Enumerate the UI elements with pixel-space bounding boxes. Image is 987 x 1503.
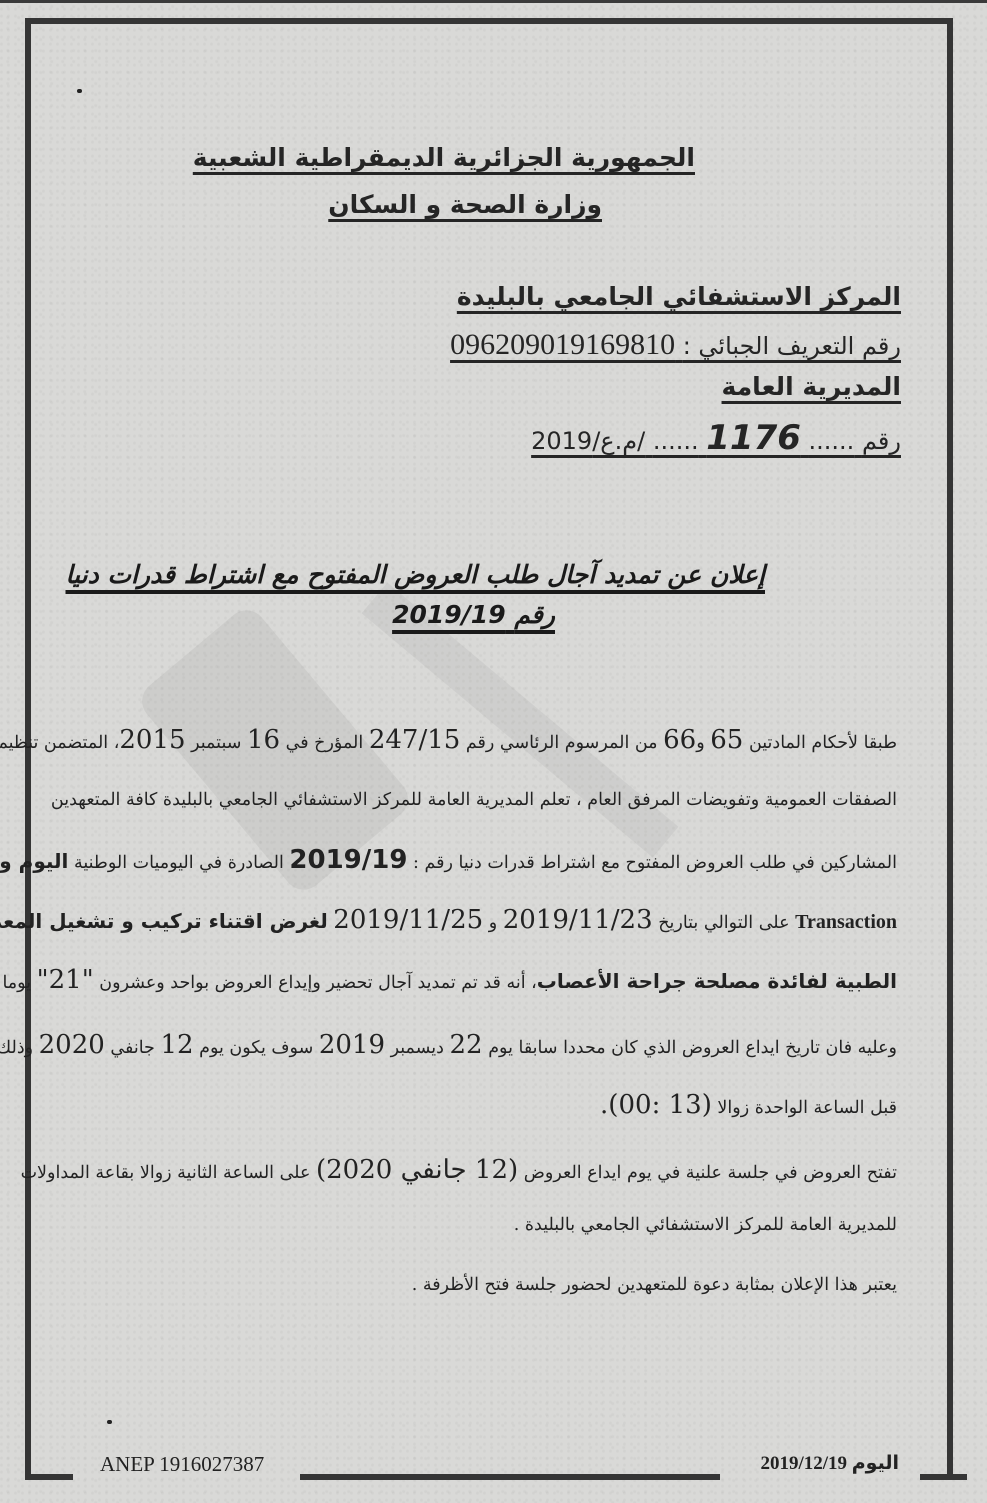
text: وذلك — [0, 1038, 33, 1058]
deadline-time: (13 :00). — [600, 1090, 712, 1120]
reference-number-handwritten: 1176 — [706, 418, 801, 458]
reference-suffix: /م.ع/2019 — [531, 427, 645, 455]
text: و — [696, 733, 704, 753]
frame-bottom-left — [25, 1474, 73, 1480]
text: جانفي — [110, 1038, 154, 1058]
text: على الساعة الثانية زوالا بقاعة المداولات — [21, 1163, 311, 1183]
old-deadline-day: 22 — [450, 1030, 483, 1060]
text: وعليه فان تاريخ ايداع العروض الذي كان مح… — [488, 1038, 897, 1058]
text: الصادرة في اليوميات الوطنية — [74, 853, 284, 873]
frame-bottom-right — [920, 1474, 967, 1480]
body-line-6: وعليه فان تاريخ ايداع العروض الذي كان مح… — [97, 1030, 897, 1060]
text: المشاركين في طلب العروض المفتوح مع اشترا… — [413, 853, 897, 873]
body-line-7: قبل الساعة الواحدة زوالا (13 :00). — [97, 1090, 897, 1120]
ink-speck — [107, 1420, 112, 1424]
text: لغرض اقتناء تركيب و تشغيل المعدات — [0, 909, 328, 933]
tax-id-value: 096209019169810 — [450, 328, 675, 361]
body-line-8: تفتح العروض في جلسة علنية في يوم ايداع ا… — [129, 1155, 897, 1185]
reference-label: رقم — [862, 427, 901, 455]
text: ، أنه قد تم تمديد آجال تحضير وإيداع العر… — [99, 973, 537, 993]
frame-bottom-middle — [300, 1474, 720, 1480]
body-line-2: الصفقات العمومية وتفويضات المرفق العام ،… — [97, 790, 897, 810]
new-deadline-day: 12 — [160, 1030, 193, 1060]
reference-dots: ...... — [809, 427, 855, 455]
article-number: 65 — [710, 725, 743, 755]
body-line-1: طبقا لأحكام المادتين 65 و66 من المرسوم ا… — [97, 725, 897, 755]
notice-number-label: رقم — [514, 600, 555, 629]
body-line-4: Transaction على التوالي بتاريخ 2019/11/2… — [97, 905, 897, 935]
directorate-name: المديرية العامة — [722, 372, 901, 401]
text: سوف يكون يوم — [199, 1038, 313, 1058]
text: طبقا لأحكام المادتين — [749, 733, 897, 753]
text: و — [489, 913, 497, 933]
text: يوما ، — [0, 973, 31, 993]
publication-date: 2019/12/19 — [760, 1453, 847, 1474]
body-line-9: للمديرية العامة للمركز الاستشفائي الجامع… — [97, 1215, 897, 1235]
publication-date: 2019/11/23 — [503, 905, 653, 935]
text: على التوالي بتاريخ — [658, 913, 789, 933]
reference-dots: ...... — [653, 427, 699, 455]
decree-day: 16 — [247, 725, 280, 755]
text: ديسمبر — [391, 1038, 444, 1058]
publication-footer: اليوم 2019/12/19 — [760, 1452, 899, 1475]
decree-number: 247/15 — [369, 725, 460, 755]
republic-heading: الجمهورية الجزائرية الديمقراطية الشعبية — [193, 143, 695, 172]
notice-number-value: 2019/19 — [392, 600, 506, 629]
notice-number: رقم 2019/19 — [392, 600, 555, 629]
institution-name: المركز الاستشفائي الجامعي بالبليدة — [457, 282, 901, 311]
anep-reference: ANEP 1916027387 — [100, 1452, 264, 1477]
old-deadline-year: 2019 — [319, 1030, 385, 1060]
newspaper-name: اليوم و — [0, 849, 68, 873]
ministry-heading: وزارة الصحة و السكان — [328, 190, 602, 219]
publication-date: 2019/11/25 — [333, 905, 483, 935]
tax-id-label: رقم التعريف الجبائي : — [683, 332, 901, 360]
extension-days: "21" — [37, 965, 94, 995]
newspaper-name: Transaction — [795, 911, 897, 933]
text: سبتمبر — [191, 733, 241, 753]
text: المؤرخ في — [286, 733, 364, 753]
text: ، المتضمن تنظيم — [0, 733, 119, 753]
text: من المرسوم الرئاسي رقم — [466, 733, 658, 753]
opening-date: (12 جانفي 2020) — [316, 1155, 518, 1185]
tax-id-line: رقم التعريف الجبائي : 096209019169810 — [450, 328, 901, 362]
newspaper-label: اليوم — [852, 1452, 899, 1474]
text: قبل الساعة الواحدة زوالا — [717, 1098, 897, 1118]
body-line-5: الطبية لفائدة مصلحة جراحة الأعصاب، أنه ق… — [97, 965, 897, 995]
notice-title: إعلان عن تمديد آجال طلب العروض المفتوح م… — [66, 560, 766, 589]
page-top-rule — [0, 0, 987, 3]
text: الطبية لفائدة مصلحة جراحة الأعصاب — [537, 969, 897, 993]
reference-line: رقم ...... 1176 ...... /م.ع/2019 — [531, 418, 901, 458]
body-line-3: المشاركين في طلب العروض المفتوح مع اشترا… — [97, 845, 897, 875]
new-deadline-year: 2020 — [39, 1030, 105, 1060]
tender-number: 2019/19 — [289, 845, 407, 875]
ink-speck — [77, 89, 82, 93]
body-line-10: يعتبر هذا الإعلان بمثابة دعوة للمتعهدين … — [97, 1275, 897, 1295]
text: تفتح العروض في جلسة علنية في يوم ايداع ا… — [524, 1163, 897, 1183]
article-number: 66 — [663, 725, 696, 755]
decree-year: 2015 — [119, 725, 185, 755]
